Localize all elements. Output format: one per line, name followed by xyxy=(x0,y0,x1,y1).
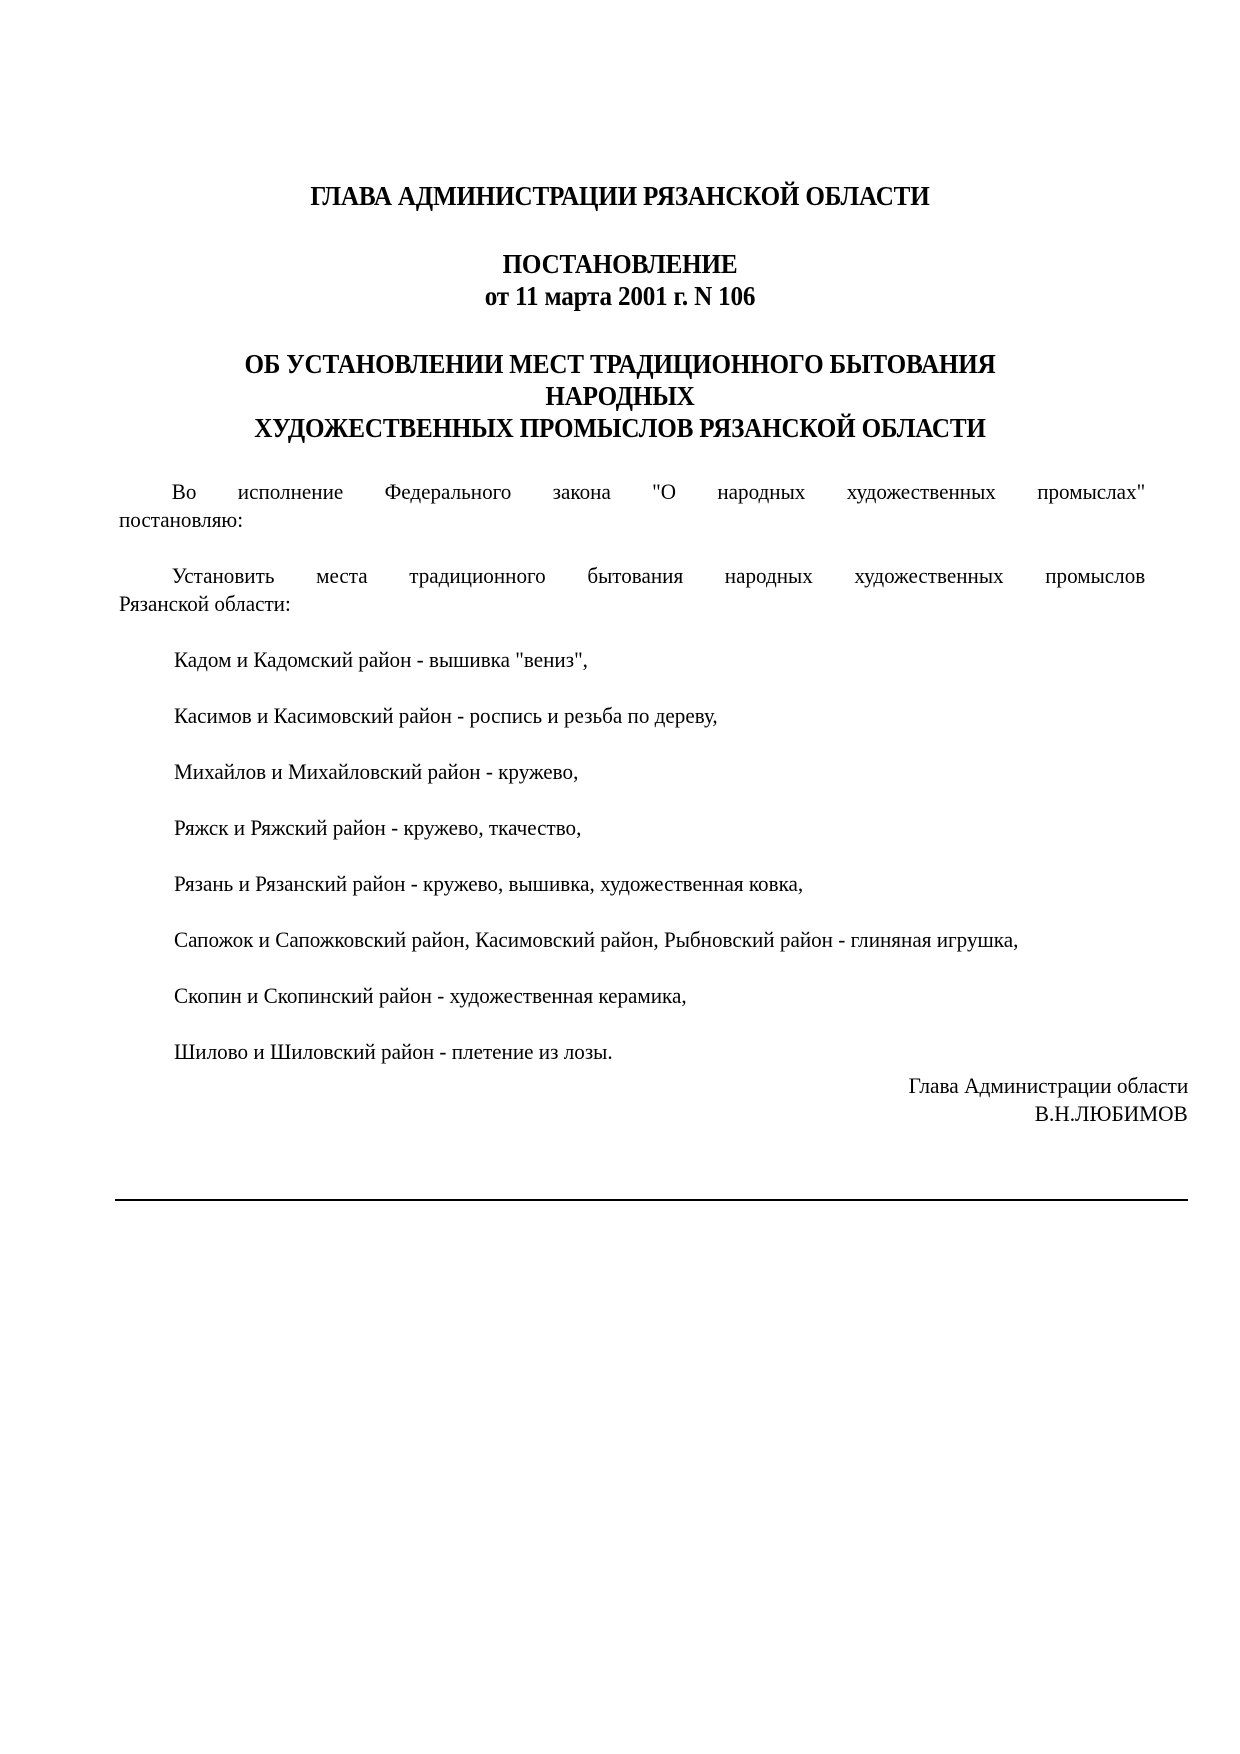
list-item: Касимов и Касимовский район - роспись и … xyxy=(174,702,718,730)
paragraph-text: Установить места традиционного бытования… xyxy=(172,563,1145,588)
document-date-number: от 11 марта 2001 г. N 106 xyxy=(43,280,1196,312)
list-item: Кадом и Кадомский район - вышивка "вениз… xyxy=(174,646,588,674)
signatory-name: В.Н.ЛЮБИМОВ xyxy=(1035,1100,1188,1128)
paragraph-line: Рязанской области: xyxy=(119,590,1145,618)
issuing-authority: ГЛАВА АДМИНИСТРАЦИИ РЯЗАНСКОЙ ОБЛАСТИ xyxy=(43,180,1196,212)
document-title-line: ОБ УСТАНОВЛЕНИИ МЕСТ ТРАДИЦИОННОГО БЫТОВ… xyxy=(43,348,1196,380)
list-item: Шилово и Шиловский район - плетение из л… xyxy=(174,1038,613,1066)
document-title-line: ХУДОЖЕСТВЕННЫХ ПРОМЫСЛОВ РЯЗАНСКОЙ ОБЛАС… xyxy=(43,412,1196,444)
document-type: ПОСТАНОВЛЕНИЕ xyxy=(43,248,1196,280)
list-item: Ряжск и Ряжский район - кружево, ткачест… xyxy=(174,814,581,842)
document-title-line: НАРОДНЫХ xyxy=(43,380,1196,412)
list-item: Сапожок и Сапожковский район, Касимовски… xyxy=(174,926,1018,954)
paragraph-line: постановляю: xyxy=(119,506,1145,534)
list-item: Скопин и Скопинский район - художественн… xyxy=(174,982,687,1010)
paragraph-line: Установить места традиционного бытования… xyxy=(119,562,1145,590)
resolution-paragraph: Установить места традиционного бытования… xyxy=(119,562,1145,618)
horizontal-divider xyxy=(115,1199,1188,1201)
signatory-position: Глава Администрации области xyxy=(908,1072,1188,1100)
list-item: Михайлов и Михайловский район - кружево, xyxy=(174,758,578,786)
list-item: Рязань и Рязанский район - кружево, выши… xyxy=(174,870,803,898)
paragraph-text: Во исполнение Федерального закона "О нар… xyxy=(172,479,1145,504)
paragraph-line: Во исполнение Федерального закона "О нар… xyxy=(119,478,1145,506)
document-page: ГЛАВА АДМИНИСТРАЦИИ РЯЗАНСКОЙ ОБЛАСТИ ПО… xyxy=(0,0,1240,1754)
preamble-paragraph: Во исполнение Федерального закона "О нар… xyxy=(119,478,1145,534)
